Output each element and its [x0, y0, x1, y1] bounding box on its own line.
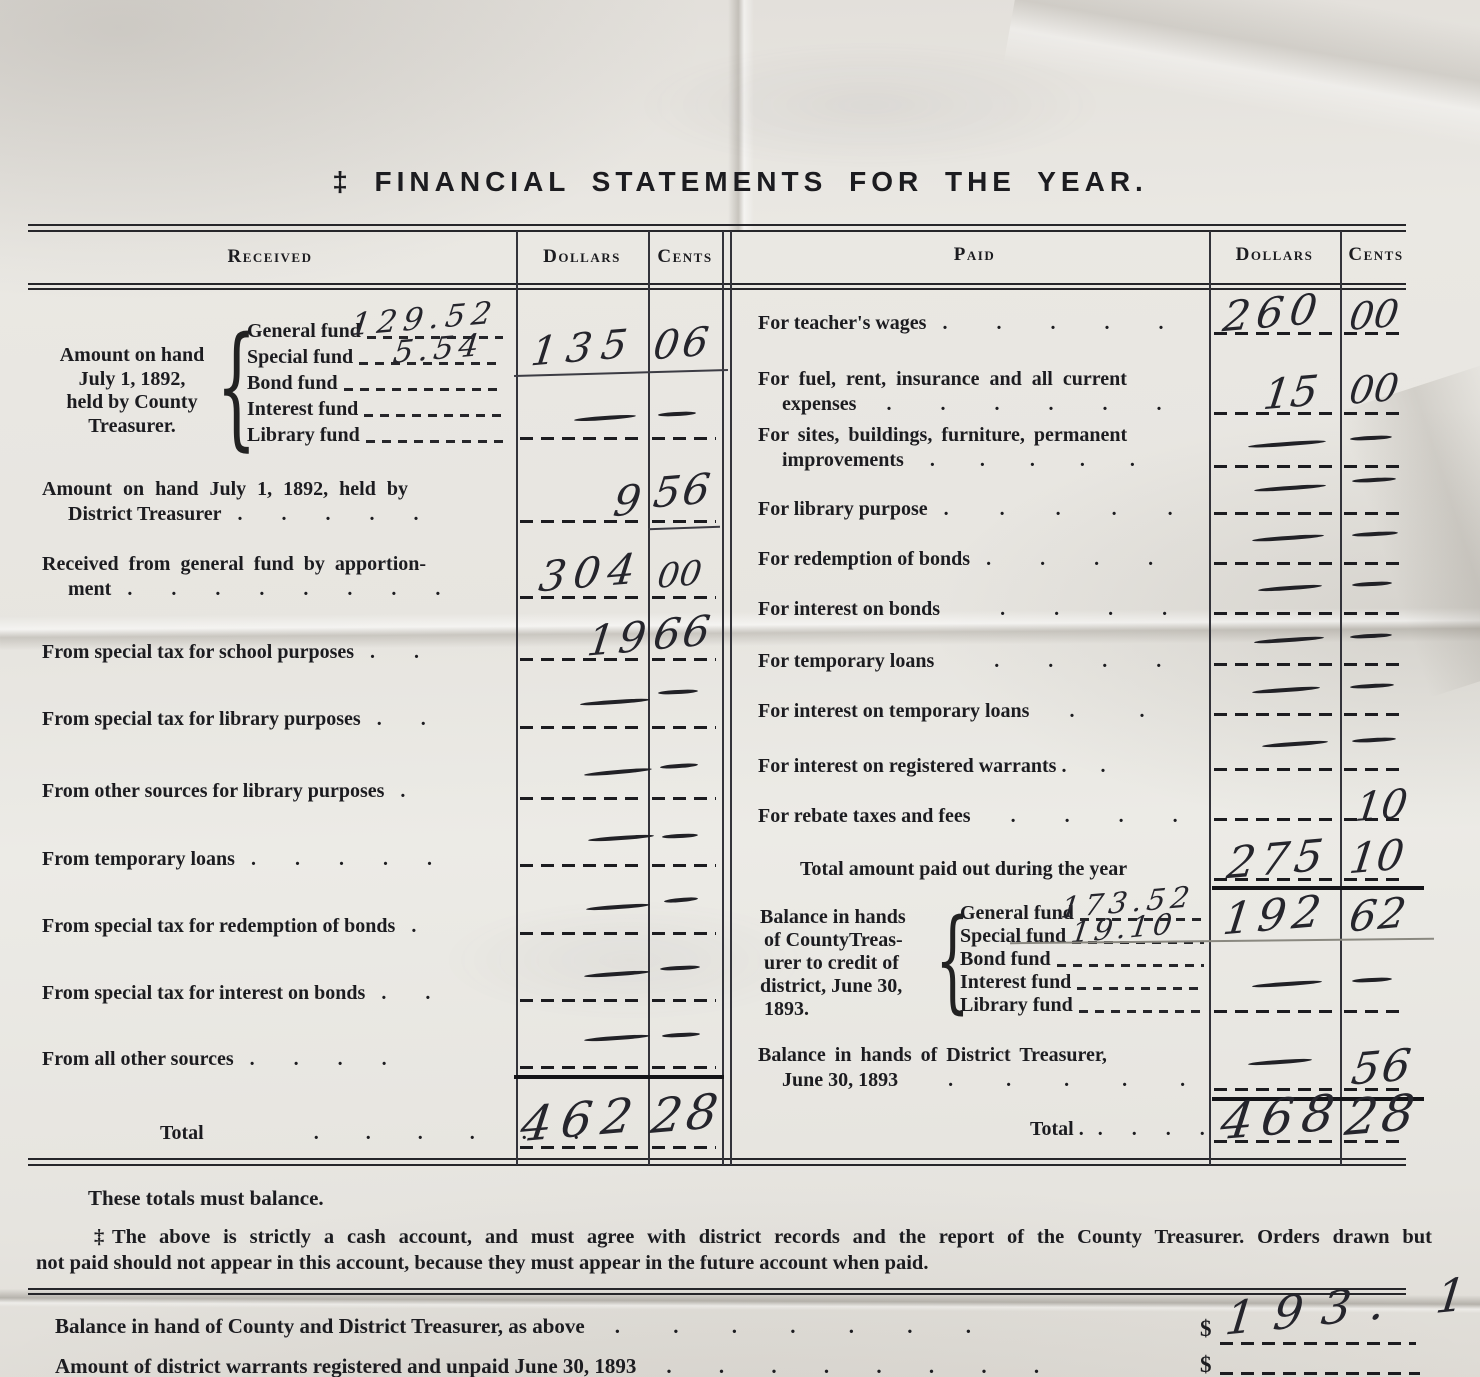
- blank-stroke: [1248, 439, 1326, 448]
- blank-stroke: [662, 1032, 700, 1038]
- cash-account-note-line1: ‡The above is strictly a cash account, a…: [36, 1224, 1432, 1250]
- county-treasurer-label-line1: Amount on hand: [42, 344, 222, 367]
- row-special-tax-library: From special tax for library purposes. .: [42, 708, 426, 731]
- table-rule-top-2: [28, 230, 1406, 232]
- blank-stroke: [660, 965, 700, 971]
- row-received-total: Total. . . . . .: [160, 1122, 579, 1145]
- row-label: From special tax for school purposes: [42, 641, 354, 663]
- handwritten-cents: 00: [1347, 368, 1401, 410]
- row-label: For rebate taxes and fees: [758, 805, 971, 827]
- blank-stroke: [1262, 740, 1328, 749]
- row-temporary-loans: From temporary loans. . . . .: [42, 848, 432, 871]
- value-baseline: [1344, 562, 1406, 565]
- row-label: For library purpose: [758, 498, 928, 520]
- blank-stroke: [1352, 581, 1392, 587]
- blank-stroke: [1352, 531, 1398, 537]
- blank-stroke: [1350, 435, 1392, 441]
- blank-stroke: [1350, 683, 1394, 689]
- handwritten-special-fund-value: 5.54: [391, 330, 485, 369]
- handwritten-total-dollars: 462: [518, 1091, 644, 1149]
- dot-leader: . .: [1069, 700, 1144, 723]
- value-baseline: [1214, 465, 1336, 468]
- footer-value-line: [1220, 1372, 1420, 1375]
- fund-row-bond: Bond fund: [960, 948, 1206, 971]
- balance-county-label-line4: district, June 30,: [760, 975, 902, 998]
- row-label: From special tax for library purposes: [42, 708, 361, 730]
- row-district-treasurer-line2: District Treasurer. . . . .: [68, 503, 418, 526]
- row-all-other-sources: From all other sources. . . .: [42, 1048, 387, 1071]
- value-baseline: [520, 726, 642, 729]
- row-apportionment-line1: Received from general fund by apportion-: [42, 553, 426, 576]
- row-interest-bonds: For interest on bonds. . . .: [758, 598, 1167, 621]
- fund-name: General fund: [247, 320, 361, 343]
- fund-name: Library fund: [247, 424, 360, 447]
- row-label: For interest on bonds: [758, 598, 940, 620]
- dot-leader: .: [400, 780, 405, 803]
- row-label: June 30, 1893: [782, 1069, 898, 1091]
- value-baseline: [652, 726, 716, 729]
- row-teachers-wages: For teacher's wages. . . . .: [758, 312, 1163, 335]
- blank-stroke: [1252, 980, 1322, 989]
- dot-leader: . . . . .: [930, 449, 1135, 472]
- dot-leader: .: [1100, 755, 1105, 778]
- blank-stroke: [658, 689, 698, 695]
- handwritten-cents: 00: [656, 556, 704, 594]
- dot-leader: . . . . .: [1098, 1118, 1239, 1141]
- row-label: For interest on temporary loans: [758, 700, 1029, 722]
- row-label: For temporary loans: [758, 650, 934, 672]
- dot-leader: . . . .: [1000, 598, 1167, 621]
- received-cents-header: Cents: [648, 246, 722, 268]
- crease-top-right-diagonal: [1004, 0, 1480, 154]
- value-baseline: [1214, 768, 1336, 771]
- blank-stroke: [584, 970, 650, 979]
- fund-row-library: Library fund: [247, 424, 505, 447]
- fund-name: Library fund: [960, 994, 1073, 1017]
- dot-leader: . . . . .: [944, 498, 1173, 521]
- dotted-leader: [1079, 1010, 1204, 1013]
- value-baseline: [652, 1146, 716, 1149]
- footer-balance-label: Balance in hand of County and District T…: [55, 1314, 585, 1338]
- value-baseline: [1344, 818, 1406, 821]
- handwritten-dollars: 135: [529, 324, 639, 373]
- row-special-tax-redemption: From special tax for redemption of bonds…: [42, 915, 416, 938]
- footer-rule-2: [28, 1293, 1406, 1295]
- value-baseline: [1344, 612, 1406, 615]
- fund-name: Bond fund: [960, 948, 1051, 971]
- column-line-right-dollars: [1209, 231, 1211, 1165]
- handwritten-dollars: 15: [1261, 370, 1320, 416]
- value-baseline: [652, 437, 716, 440]
- value-baseline: [1214, 332, 1336, 335]
- page-title: ‡ FINANCIAL STATEMENTS FOR THE YEAR.: [0, 166, 1480, 198]
- dotted-leader: [364, 414, 503, 417]
- row-label: Total: [160, 1122, 204, 1144]
- received-dollars-header: Dollars: [516, 246, 648, 268]
- fund-name: Special fund: [247, 346, 353, 369]
- handwritten-cents: 56: [651, 468, 715, 515]
- value-baseline: [520, 999, 642, 1002]
- center-divider-line-b: [730, 231, 732, 1165]
- county-treasurer-label-line4: Treasurer.: [42, 415, 222, 438]
- row-label: From temporary loans: [42, 848, 235, 870]
- received-header: Received: [40, 246, 500, 268]
- value-baseline: [520, 658, 642, 661]
- paid-header: Paid: [740, 244, 1209, 266]
- header-underline-2: [28, 288, 1406, 290]
- balance-county-label-line3: urer to credit of: [764, 952, 899, 975]
- blank-stroke: [1254, 483, 1326, 492]
- table-rule-bottom: [28, 1158, 1406, 1160]
- value-baseline: [520, 797, 642, 800]
- value-baseline: [1344, 1140, 1406, 1143]
- balance-county-label-line2: of CountyTreas-: [764, 929, 903, 952]
- value-baseline: [1214, 818, 1336, 821]
- county-treasurer-label-line2: July 1, 1892,: [42, 368, 222, 391]
- table-rule-bottom-2: [28, 1164, 1406, 1166]
- row-label: expenses: [782, 393, 856, 415]
- value-baseline: [1344, 332, 1406, 335]
- value-baseline: [1214, 663, 1336, 666]
- row-paid-temporary-loans: For temporary loans. . . .: [758, 650, 1161, 673]
- hand-underline: [648, 526, 720, 531]
- blank-stroke: [584, 1034, 650, 1043]
- column-line-right-cents: [1340, 231, 1342, 1165]
- value-baseline: [1214, 612, 1336, 615]
- row-total-paid-out: Total amount paid out during the year: [800, 858, 1127, 881]
- handwritten-cents: 62: [1347, 892, 1411, 939]
- dot-leader: . . . .: [986, 548, 1153, 571]
- row-district-treasurer-line1: Amount on hand July 1, 1892, held by: [42, 478, 408, 501]
- handwritten-total-cents: 28: [649, 1087, 725, 1141]
- value-baseline: [652, 520, 716, 523]
- value-baseline: [1344, 512, 1406, 515]
- handwritten-total-dollars: 468: [1218, 1087, 1345, 1147]
- paid-cents-header: Cents: [1340, 244, 1412, 266]
- value-baseline: [652, 932, 716, 935]
- header-underline: [28, 283, 1406, 285]
- handwritten-dollars: 19: [585, 615, 653, 662]
- handwritten-cents: 10: [1353, 784, 1410, 828]
- value-baseline: [520, 1066, 642, 1069]
- dot-leader: . . . . .: [251, 848, 432, 871]
- dollar-sign: $: [1200, 1352, 1212, 1377]
- value-baseline: [1214, 512, 1336, 515]
- balance-county-label-line1: Balance in hands: [760, 906, 906, 929]
- handwritten-dollars: 192: [1221, 890, 1330, 943]
- handwritten-dollars: 9: [611, 479, 643, 523]
- footer-rule: [28, 1288, 1406, 1290]
- blank-stroke: [1248, 1058, 1312, 1066]
- fund-name: Interest fund: [247, 398, 358, 421]
- blank-stroke: [1352, 477, 1396, 483]
- row-paid-total: Total .. . . . .: [1030, 1118, 1239, 1141]
- financial-statement-page: ‡ FINANCIAL STATEMENTS FOR THE YEAR. Rec…: [0, 0, 1480, 1377]
- table-rule-top: [28, 224, 1406, 226]
- blank-stroke: [1254, 636, 1324, 645]
- dollar-sign: $: [1200, 1316, 1212, 1342]
- dot-leader: . .: [381, 982, 430, 1005]
- blank-stroke: [1258, 584, 1322, 592]
- dot-leader: . . . .: [994, 650, 1161, 673]
- dot-leader: .: [411, 915, 416, 938]
- handwritten-cents: 00: [1347, 294, 1401, 336]
- row-special-tax-school: From special tax for school purposes. .: [42, 641, 419, 664]
- fund-name: Bond fund: [247, 372, 338, 395]
- fund-name: Special fund: [960, 925, 1066, 948]
- blank-stroke: [580, 698, 650, 707]
- handwritten-cents: 10: [1347, 834, 1406, 880]
- fund-row-bond: Bond fund: [247, 372, 505, 395]
- row-fuel-rent-line1: For fuel, rent, insurance and all curren…: [758, 368, 1127, 391]
- totals-must-balance-note: These totals must balance.: [88, 1186, 324, 1211]
- balance-county-label-line5: 1893.: [764, 998, 809, 1021]
- dotted-leader: [344, 388, 503, 391]
- bleed-through-smudge: [560, 20, 1180, 190]
- dotted-leader: [366, 440, 503, 443]
- blank-stroke: [588, 834, 654, 843]
- row-label: Total .: [1030, 1118, 1084, 1140]
- row-label: improvements: [782, 449, 904, 471]
- row-label: ment: [68, 578, 111, 600]
- value-baseline: [1214, 713, 1336, 716]
- row-district-balance-line1: Balance in hands of District Treasurer,: [758, 1044, 1107, 1067]
- cash-account-note-line2: not paid should not appear in this accou…: [36, 1250, 1432, 1276]
- value-baseline: [1344, 768, 1406, 771]
- dot-leader: . .: [370, 641, 419, 664]
- column-line-left-dollars: [516, 231, 518, 1165]
- fund-name: General fund: [960, 902, 1074, 925]
- sum-line: [514, 1075, 724, 1079]
- row-sites-buildings-line2: improvements. . . . .: [782, 449, 1135, 472]
- row-special-tax-interest: From special tax for interest on bonds. …: [42, 982, 430, 1005]
- dot-leader: . . . . . .: [886, 393, 1161, 416]
- dot-leader: . . . . .: [942, 312, 1163, 335]
- dotted-leader: [1077, 987, 1204, 990]
- row-label: From special tax for interest on bonds: [42, 982, 365, 1004]
- paid-dollars-header: Dollars: [1209, 244, 1340, 266]
- value-baseline: [652, 864, 716, 867]
- footer-balance-line: Balance in hand of County and District T…: [55, 1314, 971, 1339]
- value-baseline: [520, 596, 642, 599]
- blank-stroke: [1352, 977, 1392, 983]
- blank-stroke: [1352, 737, 1396, 743]
- blank-stroke: [664, 897, 698, 904]
- row-interest-temporary-loans: For interest on temporary loans. .: [758, 700, 1144, 723]
- blank-stroke: [1252, 533, 1324, 542]
- handwritten-total-cents: 28: [1342, 1087, 1421, 1143]
- value-baseline: [1344, 465, 1406, 468]
- row-label: For teacher's wages: [758, 312, 926, 334]
- row-rebate-taxes: For rebate taxes and fees. . . .: [758, 805, 1178, 828]
- value-baseline: [652, 1066, 716, 1069]
- blank-stroke: [658, 411, 696, 417]
- value-baseline: [652, 797, 716, 800]
- row-library-purpose: For library purpose. . . . .: [758, 498, 1173, 521]
- footer-value-line: [1220, 1342, 1416, 1345]
- row-label: From special tax for redemption of bonds: [42, 915, 395, 937]
- value-baseline: [1344, 713, 1406, 716]
- value-baseline: [652, 658, 716, 661]
- value-baseline: [652, 999, 716, 1002]
- handwritten-cents: 66: [651, 610, 715, 657]
- value-baseline: [1214, 878, 1336, 881]
- value-baseline: [520, 1146, 642, 1149]
- footer-warrants-label: Amount of district warrants registered a…: [55, 1354, 636, 1377]
- value-baseline: [520, 932, 642, 935]
- value-baseline: [1214, 1010, 1336, 1013]
- row-apportionment-line2: ment. . . . . . . .: [68, 578, 440, 601]
- county-treasurer-label-line3: held by County: [42, 391, 222, 414]
- blank-stroke: [584, 767, 652, 777]
- blank-stroke: [586, 903, 650, 911]
- dotted-leader: [1057, 964, 1204, 967]
- fund-row-library: Library fund: [960, 994, 1206, 1017]
- value-baseline: [1214, 412, 1336, 415]
- dot-leader: . . . . .: [237, 503, 418, 526]
- value-baseline: [1344, 663, 1406, 666]
- row-district-balance-line2: June 30, 1893. . . . .: [782, 1069, 1185, 1092]
- value-baseline: [520, 864, 642, 867]
- row-interest-registered-warrants: For interest on registered warrants ..: [758, 755, 1105, 778]
- dot-leader: . .: [377, 708, 426, 731]
- row-label: District Treasurer: [68, 503, 221, 525]
- handwritten-cents: 06: [651, 322, 714, 367]
- value-baseline: [1214, 562, 1336, 565]
- row-sites-buildings-line1: For sites, buildings, furniture, permane…: [758, 424, 1127, 447]
- blank-stroke: [1252, 686, 1320, 695]
- blank-stroke: [574, 414, 636, 422]
- value-baseline: [520, 437, 642, 440]
- row-label: From other sources for library purposes: [42, 780, 384, 802]
- value-baseline: [1344, 878, 1406, 881]
- value-baseline: [1214, 1140, 1336, 1143]
- value-baseline: [1344, 1010, 1406, 1013]
- dot-leader: . . . . .: [948, 1069, 1185, 1092]
- handwritten-dollars: 304: [537, 548, 645, 599]
- handwritten-dollars: 260: [1221, 288, 1326, 338]
- row-other-sources-library: From other sources for library purposes.: [42, 780, 405, 803]
- row-label: For interest on registered warrants .: [758, 755, 1066, 777]
- blank-stroke: [660, 763, 698, 770]
- value-baseline: [520, 520, 642, 523]
- fund-row-interest: Interest fund: [960, 971, 1206, 994]
- row-redemption-bonds: For redemption of bonds. . . .: [758, 548, 1153, 571]
- blank-stroke: [1350, 633, 1392, 639]
- dot-leader: . . . . . . . .: [127, 578, 440, 601]
- fund-name: Interest fund: [960, 971, 1071, 994]
- dot-leader: . . . .: [1011, 805, 1178, 828]
- dot-leader: . . . .: [250, 1048, 387, 1071]
- row-label: From all other sources: [42, 1048, 234, 1070]
- value-baseline: [652, 596, 716, 599]
- value-baseline: [1344, 412, 1406, 415]
- blank-stroke: [662, 833, 698, 839]
- dot-leader: . . . . . . .: [615, 1314, 971, 1339]
- dot-leader: . . . . . . . .: [666, 1354, 1039, 1377]
- footer-warrants-line: Amount of district warrants registered a…: [55, 1354, 1039, 1377]
- fund-row-interest: Interest fund: [247, 398, 505, 421]
- row-label: For redemption of bonds: [758, 548, 970, 570]
- row-fuel-rent-line2: expenses. . . . . .: [782, 393, 1161, 416]
